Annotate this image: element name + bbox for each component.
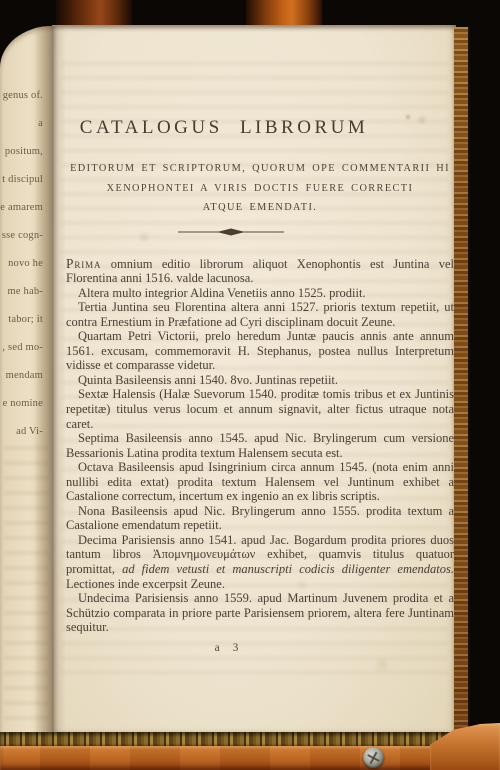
paragraph: Prima omnium editio librorum aliquot Xen… xyxy=(66,257,454,286)
text-segment: Undecima Parisiensis anno 1559. apud Mar… xyxy=(66,591,454,634)
facing-line-fragment: ad Vi- xyxy=(0,418,43,446)
facing-line-fragment: me hab- xyxy=(0,278,43,306)
signature-mark: a 3 xyxy=(66,642,392,654)
type-area: CATALOGUS LIBRORUM EDITORUM ET SCRIPTORU… xyxy=(66,117,454,654)
facing-line-fragment: , sed mo- xyxy=(0,334,43,362)
text-segment: Tertia Juntina seu Florentina altera ann… xyxy=(66,300,454,329)
subtitle-line: XENOPHONTEI A VIRIS DOCTIS FUERE CORRECT… xyxy=(66,179,454,199)
text-segment: Altera multo integrior Aldina Venetiis a… xyxy=(78,286,366,300)
paragraph: Septima Basileensis anno 1545. apud Nic.… xyxy=(66,431,454,460)
facing-page-text-fragments: genus of.a positum,t discipule amaremsse… xyxy=(0,82,58,446)
facing-page: genus of.a positum,t discipule amaremsse… xyxy=(0,26,58,735)
printer-rule-divider xyxy=(176,227,286,237)
easel-ledge xyxy=(0,746,500,770)
text-segment: Nona Basileensis apud Nic. Brylingerum a… xyxy=(66,504,454,533)
page-body-text: Prima omnium editio librorum aliquot Xen… xyxy=(66,257,454,635)
paragraph: Sextæ Halensis (Halæ Suevorum 1540. prod… xyxy=(66,387,454,431)
text-segment: Prima xyxy=(66,256,101,271)
text-segment: ad fidem vetusti et manuscripti codicis … xyxy=(122,562,454,576)
facing-line-fragment: e nomine xyxy=(0,390,43,418)
facing-line-fragment: e amarem xyxy=(0,194,43,222)
book-fore-edge xyxy=(454,27,470,734)
facing-line-fragment: genus of. xyxy=(0,82,43,110)
paragraph: Nona Basileensis apud Nic. Brylingerum a… xyxy=(66,504,454,533)
facing-line-fragment: novo he xyxy=(0,250,43,278)
facing-line-fragment: sse cogn- xyxy=(0,222,43,250)
paragraph: Decima Parisiensis anno 1541. apud Jac. … xyxy=(66,533,454,591)
text-segment: omnium editio librorum aliquot Xenophont… xyxy=(66,257,454,286)
photo-backdrop: genus of.a positum,t discipule amaremsse… xyxy=(0,0,500,770)
book-page: CATALOGUS LIBRORUM EDITORUM ET SCRIPTORU… xyxy=(52,25,456,735)
text-segment: Lectiones inde excerpsit Zeune. xyxy=(66,577,225,591)
text-segment: Septima Basileensis anno 1545. apud Nic.… xyxy=(66,431,454,460)
paragraph: Quartam Petri Victorii, prelo heredum Ju… xyxy=(66,329,454,373)
subtitle-line: EDITORUM ET SCRIPTORUM, QUORUM OPE COMME… xyxy=(66,159,454,179)
paragraph: Tertia Juntina seu Florentina altera ann… xyxy=(66,300,454,329)
ledge-screw-icon xyxy=(363,747,384,768)
text-segment: Quinta Basileensis anni 1540. 8vo. Junti… xyxy=(78,373,338,387)
paragraph: Octava Basileensis apud Isingrinium circ… xyxy=(66,460,454,504)
text-segment: Octava Basileensis apud Isingrinium circ… xyxy=(66,460,454,503)
gilt-page-edges xyxy=(0,732,469,747)
page-subtitle: EDITORUM ET SCRIPTORUM, QUORUM OPE COMME… xyxy=(66,159,454,218)
facing-line-fragment: t discipul xyxy=(0,166,43,194)
page-title: CATALOGUS LIBRORUM xyxy=(52,117,418,139)
text-segment: Sextæ Halensis (Halæ Suevorum 1540. prod… xyxy=(66,387,454,430)
facing-line-fragment: tabor; it xyxy=(0,306,43,334)
subtitle-line: ATQUE EMENDATI. xyxy=(66,198,454,218)
paragraph: Quinta Basileensis anni 1540. 8vo. Junti… xyxy=(66,373,454,388)
facing-page-ghost-text xyxy=(4,446,48,726)
facing-line-fragment: a positum, xyxy=(0,110,43,166)
paragraph: Undecima Parisiensis anno 1559. apud Mar… xyxy=(66,591,454,635)
text-segment: Quartam Petri Victorii, prelo heredum Ju… xyxy=(66,329,454,372)
paragraph: Altera multo integrior Aldina Venetiis a… xyxy=(66,286,454,301)
facing-line-fragment: mendam xyxy=(0,362,43,390)
